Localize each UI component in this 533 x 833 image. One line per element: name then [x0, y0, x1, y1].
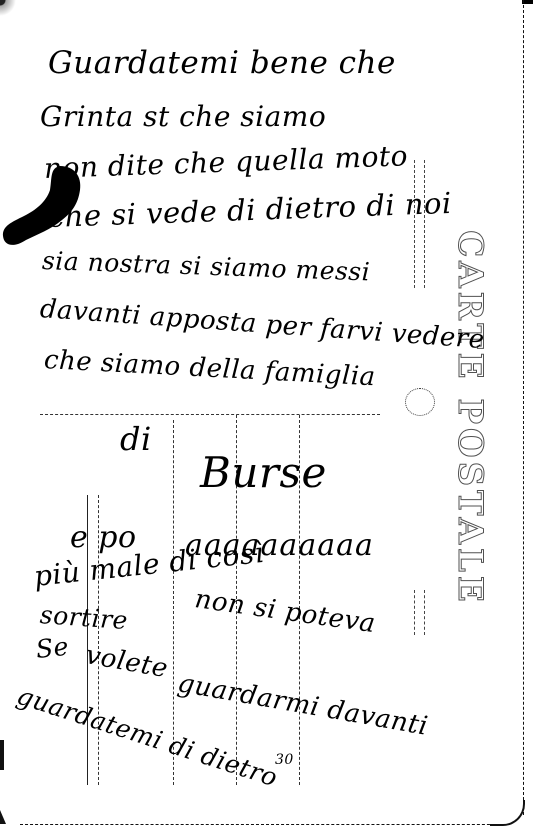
handwriting-number: 30: [275, 752, 294, 768]
handwriting-line: non si poteva: [193, 584, 378, 639]
card-edge-bottom: [20, 824, 510, 825]
printed-border-strip: [414, 590, 425, 635]
printed-header-carte-postale: CARTE POSTALE: [450, 230, 490, 606]
card-corner: [490, 800, 525, 826]
handwriting-line: non dite che quella moto: [43, 139, 408, 185]
scan-mark: [0, 810, 6, 824]
handwriting-line: più male di così: [32, 536, 265, 593]
handwriting-line: Guardatemi bene che: [48, 45, 396, 81]
signature: Burse: [200, 448, 327, 497]
printed-border-strip: [414, 160, 425, 288]
handwriting-line: sortire: [39, 600, 129, 635]
address-divider-line: [40, 414, 380, 415]
handwriting-line: di: [120, 420, 152, 458]
handwriting-line: Grinta st che siamo: [40, 100, 326, 133]
scan-smudge: [0, 0, 24, 22]
handwriting-line: Se: [34, 632, 70, 664]
handwriting-line: volete: [83, 640, 170, 684]
handwriting-line: davanti apposta per farvi vedere: [39, 294, 486, 355]
ink-seal-mark: [405, 388, 435, 416]
handwriting-line: che siamo della famiglia: [43, 345, 376, 392]
handwriting-line: sia nostra si siamo messi: [41, 246, 370, 286]
handwriting-line: che si vede di dietro di noi: [47, 186, 452, 234]
handwriting-line: guardarmi davanti: [175, 668, 430, 742]
postcard-back: CARTE POSTALE Guardatemi bene che Grinta…: [0, 0, 533, 833]
card-edge-right: [523, 0, 524, 815]
scan-mark: [0, 740, 4, 770]
